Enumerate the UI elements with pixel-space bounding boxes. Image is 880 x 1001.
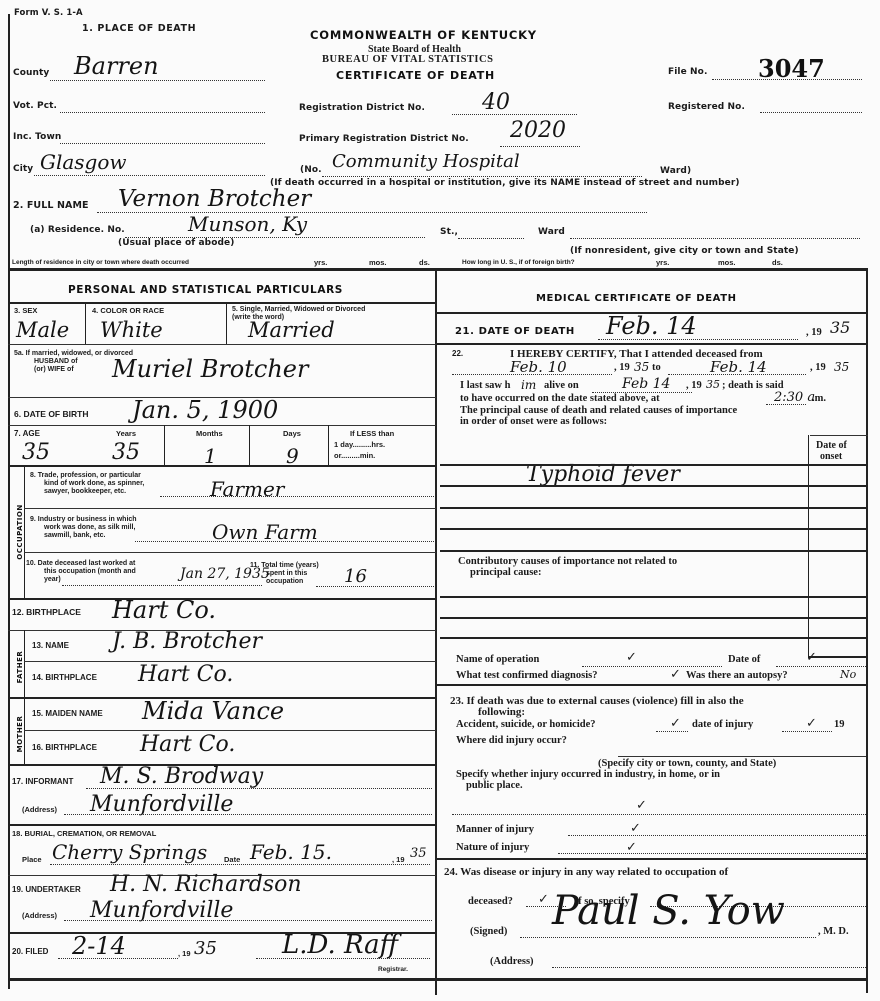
mother-birthplace-label: 16. BIRTHPLACE	[32, 744, 97, 752]
last-saw-date-value: Feb 14	[622, 376, 670, 392]
physician-signature: Paul S. Yow	[552, 888, 785, 934]
less-than-hrs: 1 day.........hrs.	[334, 441, 385, 449]
death-year-value: 35	[830, 318, 850, 337]
last-saw-year-value: 35	[706, 378, 720, 391]
burial-place-value: Cherry Springs	[52, 840, 207, 864]
abode-note: (Usual place of abode)	[118, 238, 234, 248]
sex-label: 3. SEX	[14, 307, 37, 315]
occupation-related-label-2: deceased?	[468, 896, 513, 907]
inc-town-label: Inc. Town	[13, 132, 61, 142]
attended-from-value: Feb. 10	[510, 358, 567, 376]
ds-label: ds.	[419, 259, 430, 267]
trade-label-3: sawyer, bookkeeper, etc.	[44, 488, 126, 496]
mother-maiden-label: 15. MAIDEN NAME	[32, 710, 103, 718]
registrar-label: Registrar.	[378, 966, 408, 974]
test-value: ✓	[670, 667, 681, 682]
sex-value: Male	[16, 318, 69, 342]
county-label: County	[13, 68, 49, 78]
attended-to-value: Feb. 14	[710, 358, 767, 376]
months-label: Months	[196, 430, 223, 438]
days-label: Days	[283, 430, 301, 438]
informant-address-label: (Address)	[22, 806, 57, 814]
foreign-ds-label: ds.	[772, 259, 783, 267]
left-border	[8, 14, 10, 989]
registrar-signature: L.D. Raff	[282, 930, 398, 960]
institution-value: Community Hospital	[332, 151, 520, 172]
contributory-label-2: principal cause:	[470, 567, 541, 578]
mother-maiden-value: Mida Vance	[142, 697, 284, 725]
specify-whether-value: ✓	[636, 798, 647, 813]
foreign-mos-label: mos.	[718, 259, 736, 267]
certificate-title: CERTIFICATE OF DEATH	[336, 69, 495, 82]
filed-year-prefix: , 19	[178, 950, 191, 958]
accident-value: ✓	[670, 716, 681, 731]
date-of-onset-label-2: onset	[820, 451, 842, 462]
test-label: What test confirmed diagnosis?	[456, 670, 597, 681]
time-of-death-value: 2:30 a	[774, 390, 815, 405]
residence-value: Munson, Ky	[188, 212, 307, 236]
length-of-residence-label: Length of residence in city or town wher…	[12, 259, 189, 267]
nature-value: ✓	[626, 840, 637, 855]
burial-place-label: Place	[22, 856, 42, 864]
specify-whether-label-1: Specify whether injury occurred in indus…	[456, 769, 720, 780]
birthplace-value: Hart Co.	[112, 596, 216, 624]
undertaker-address-label: (Address)	[22, 912, 57, 920]
operation-value: ✓	[626, 650, 637, 665]
dob-value: Jan. 5, 1900	[132, 396, 278, 424]
specify-whether-label-2: public place.	[466, 780, 523, 791]
foreign-yrs-label: yrs.	[656, 259, 669, 267]
age-total-value: 35	[22, 440, 50, 465]
county-value: Barren	[74, 52, 159, 80]
physician-address-label: (Address)	[490, 956, 534, 967]
date-of-onset-label-1: Date of	[816, 440, 847, 451]
signed-label: (Signed)	[470, 926, 507, 937]
occupation-related-label-1: 24. Was disease or injury in any way rel…	[444, 866, 728, 878]
less-than-min: or.........min.	[334, 452, 375, 460]
principal-cause-label-2: in order of onset were as follows:	[460, 416, 607, 427]
undertaker-value: H. N. Richardson	[110, 872, 302, 897]
place-of-death-heading: 1. PLACE OF DEATH	[82, 23, 196, 34]
total-time-label-2: spent in this	[266, 570, 307, 578]
primary-registration-value: 2020	[510, 118, 566, 143]
residence-ward-label: Ward	[538, 227, 565, 237]
primary-registration-label: Primary Registration District No.	[299, 134, 469, 144]
years-label: Years	[116, 430, 136, 438]
manner-label: Manner of injury	[456, 824, 534, 835]
father-name-label: 13. NAME	[32, 642, 69, 650]
burial-year-prefix: , 19	[392, 856, 405, 864]
father-side-label: FATHER	[16, 637, 24, 697]
informant-label: 17. INFORMANT	[12, 778, 73, 786]
operation-date-value: ✓	[806, 650, 817, 665]
informant-value: M. S. Brodway	[100, 764, 263, 789]
burial-date-label: Date	[224, 856, 240, 864]
last-worked-label-1: 10. Date deceased last worked at	[26, 560, 135, 568]
registration-district-label: Registration District No.	[299, 103, 425, 113]
full-name-value: Vernon Brotcher	[118, 186, 311, 212]
filed-year-value: 35	[194, 938, 217, 959]
trade-value: Farmer	[210, 477, 284, 501]
last-saw-label: I last saw h	[460, 380, 510, 391]
occupation-side-label: OCCUPATION	[16, 492, 24, 572]
vot-pct-label: Vot. Pct.	[13, 101, 57, 111]
street-label: St.,	[440, 227, 458, 237]
full-name-label: 2. FULL NAME	[13, 200, 89, 211]
less-than-label: If LESS than	[350, 430, 394, 438]
occurred-label: to have occurred on the date stated abov…	[460, 393, 660, 404]
time-suffix: .m.	[812, 393, 826, 404]
foreign-birth-label: How long in U. S., if of foreign birth?	[462, 259, 575, 267]
spouse-value: Muriel Brotcher	[112, 355, 308, 383]
last-saw-year-prefix: , 19	[686, 380, 702, 391]
form-number: Form V. S. 1-A	[14, 8, 83, 18]
registration-district-value: 40	[482, 90, 510, 115]
filed-date-value: 2-14	[72, 932, 126, 960]
burial-year-value: 35	[410, 846, 427, 861]
file-number: 3047	[758, 54, 825, 83]
last-worked-label-3: year)	[44, 576, 61, 584]
industry-label-2: work was done, as silk mill,	[44, 524, 135, 532]
attended-from-year-prefix: , 19	[614, 362, 630, 373]
last-saw-pronoun: im	[521, 378, 536, 392]
column-divider	[435, 270, 437, 995]
attended-to-year-value: 35	[834, 360, 849, 374]
trade-label-2: kind of work done, as spinner,	[44, 480, 144, 488]
contributory-label-1: Contributory causes of importance not re…	[458, 556, 677, 567]
file-no-label: File No.	[668, 67, 708, 77]
registered-no-label: Registered No.	[668, 102, 745, 112]
industry-label-1: 9. Industry or business in which	[30, 516, 137, 524]
nature-label: Nature of injury	[456, 842, 529, 853]
trade-label-1: 8. Trade, profession, or particular	[30, 472, 141, 480]
filed-label: 20. FILED	[12, 948, 48, 956]
injury-year-prefix: 19	[834, 719, 845, 730]
death-certificate: Form V. S. 1-A 1. PLACE OF DEATH COMMONW…	[0, 0, 880, 1001]
institution-note: (If death occurred in a hospital or inst…	[270, 178, 740, 188]
total-time-label-1: 11. Total time (years)	[250, 562, 319, 570]
injury-date-label: date of injury	[692, 719, 753, 730]
attended-from-year-value: 35	[634, 360, 649, 374]
color-value: White	[100, 318, 163, 342]
color-label: 4. COLOR OR RACE	[92, 307, 164, 315]
operation-label: Name of operation	[456, 654, 539, 665]
mos-label: mos.	[369, 259, 387, 267]
attended-to-year-prefix: , 19	[810, 362, 826, 373]
nonresident-note: (If nonresident, give city or town and S…	[570, 246, 799, 256]
bureau-title: BUREAU OF VITAL STATISTICS	[322, 54, 493, 65]
date-of-death-value: Feb. 14	[606, 312, 697, 340]
residence-label: (a) Residence. No.	[30, 225, 125, 235]
spouse-label-3: (or) WIFE of	[34, 366, 74, 374]
injury-date-value: ✓	[806, 716, 817, 731]
father-birthplace-value: Hart Co.	[138, 662, 233, 687]
industry-value: Own Farm	[212, 520, 318, 544]
occupation-related-value: ✓	[538, 892, 549, 907]
date-of-death-label: 21. DATE OF DEATH	[455, 326, 575, 337]
undertaker-label: 19. UNDERTAKER	[12, 886, 81, 894]
autopsy-value: No	[840, 668, 856, 681]
father-name-value: J. B. Brotcher	[112, 629, 262, 654]
city-value: Glasgow	[40, 150, 127, 174]
father-birthplace-label: 14. BIRTHPLACE	[32, 674, 97, 682]
external-causes-label-2: following:	[478, 706, 525, 718]
alive-on-label: alive on	[544, 380, 579, 391]
informant-address-value: Munfordville	[90, 792, 233, 817]
industry-label-3: sawmill, bank, etc.	[44, 532, 105, 540]
operation-date-label: Date of	[728, 654, 760, 665]
where-injury-label: Where did injury occur?	[456, 735, 567, 746]
ward-label: Ward)	[660, 166, 691, 176]
burial-label: 18. BURIAL, CREMATION, OR REMOVAL	[12, 830, 156, 838]
city-label: City	[13, 164, 33, 174]
birthplace-label: 12. BIRTHPLACE	[12, 608, 81, 616]
accident-label: Accident, suicide, or homicide?	[456, 719, 596, 730]
spouse-label-2: HUSBAND of	[34, 358, 78, 366]
death-year-prefix: , 19	[806, 327, 822, 338]
to-label: to	[652, 362, 661, 373]
manner-value: ✓	[630, 821, 641, 836]
mother-birthplace-value: Hart Co.	[140, 732, 235, 757]
total-time-label-3: occupation	[266, 578, 303, 586]
principal-cause-label-1: The principal cause of death and related…	[460, 405, 737, 416]
burial-date-value: Feb. 15.	[250, 840, 332, 864]
dob-label: 6. DATE OF BIRTH	[14, 410, 88, 418]
commonwealth-title: COMMONWEALTH OF KENTUCKY	[310, 28, 537, 42]
right-border	[866, 268, 868, 993]
age-label: 7. AGE	[14, 430, 40, 438]
undertaker-address-value: Munfordville	[90, 898, 233, 923]
total-time-value: 16	[344, 566, 367, 587]
autopsy-label: Was there an autopsy?	[686, 670, 788, 681]
marital-value: Married	[248, 318, 335, 342]
medical-section-title: MEDICAL CERTIFICATE OF DEATH	[536, 293, 737, 304]
specify-city-note: (Specify city or town, county, and State…	[598, 758, 776, 769]
age-years-value: 35	[112, 440, 140, 465]
certify-number: 22.	[452, 350, 463, 358]
institution-no-label: (No.	[300, 165, 322, 175]
yrs-label: yrs.	[314, 259, 327, 267]
personal-section-title: PERSONAL AND STATISTICAL PARTICULARS	[68, 284, 343, 296]
md-label: , M. D.	[818, 926, 849, 937]
mother-side-label: MOTHER	[16, 704, 24, 764]
last-worked-label-2: this occupation (month and	[44, 568, 136, 576]
